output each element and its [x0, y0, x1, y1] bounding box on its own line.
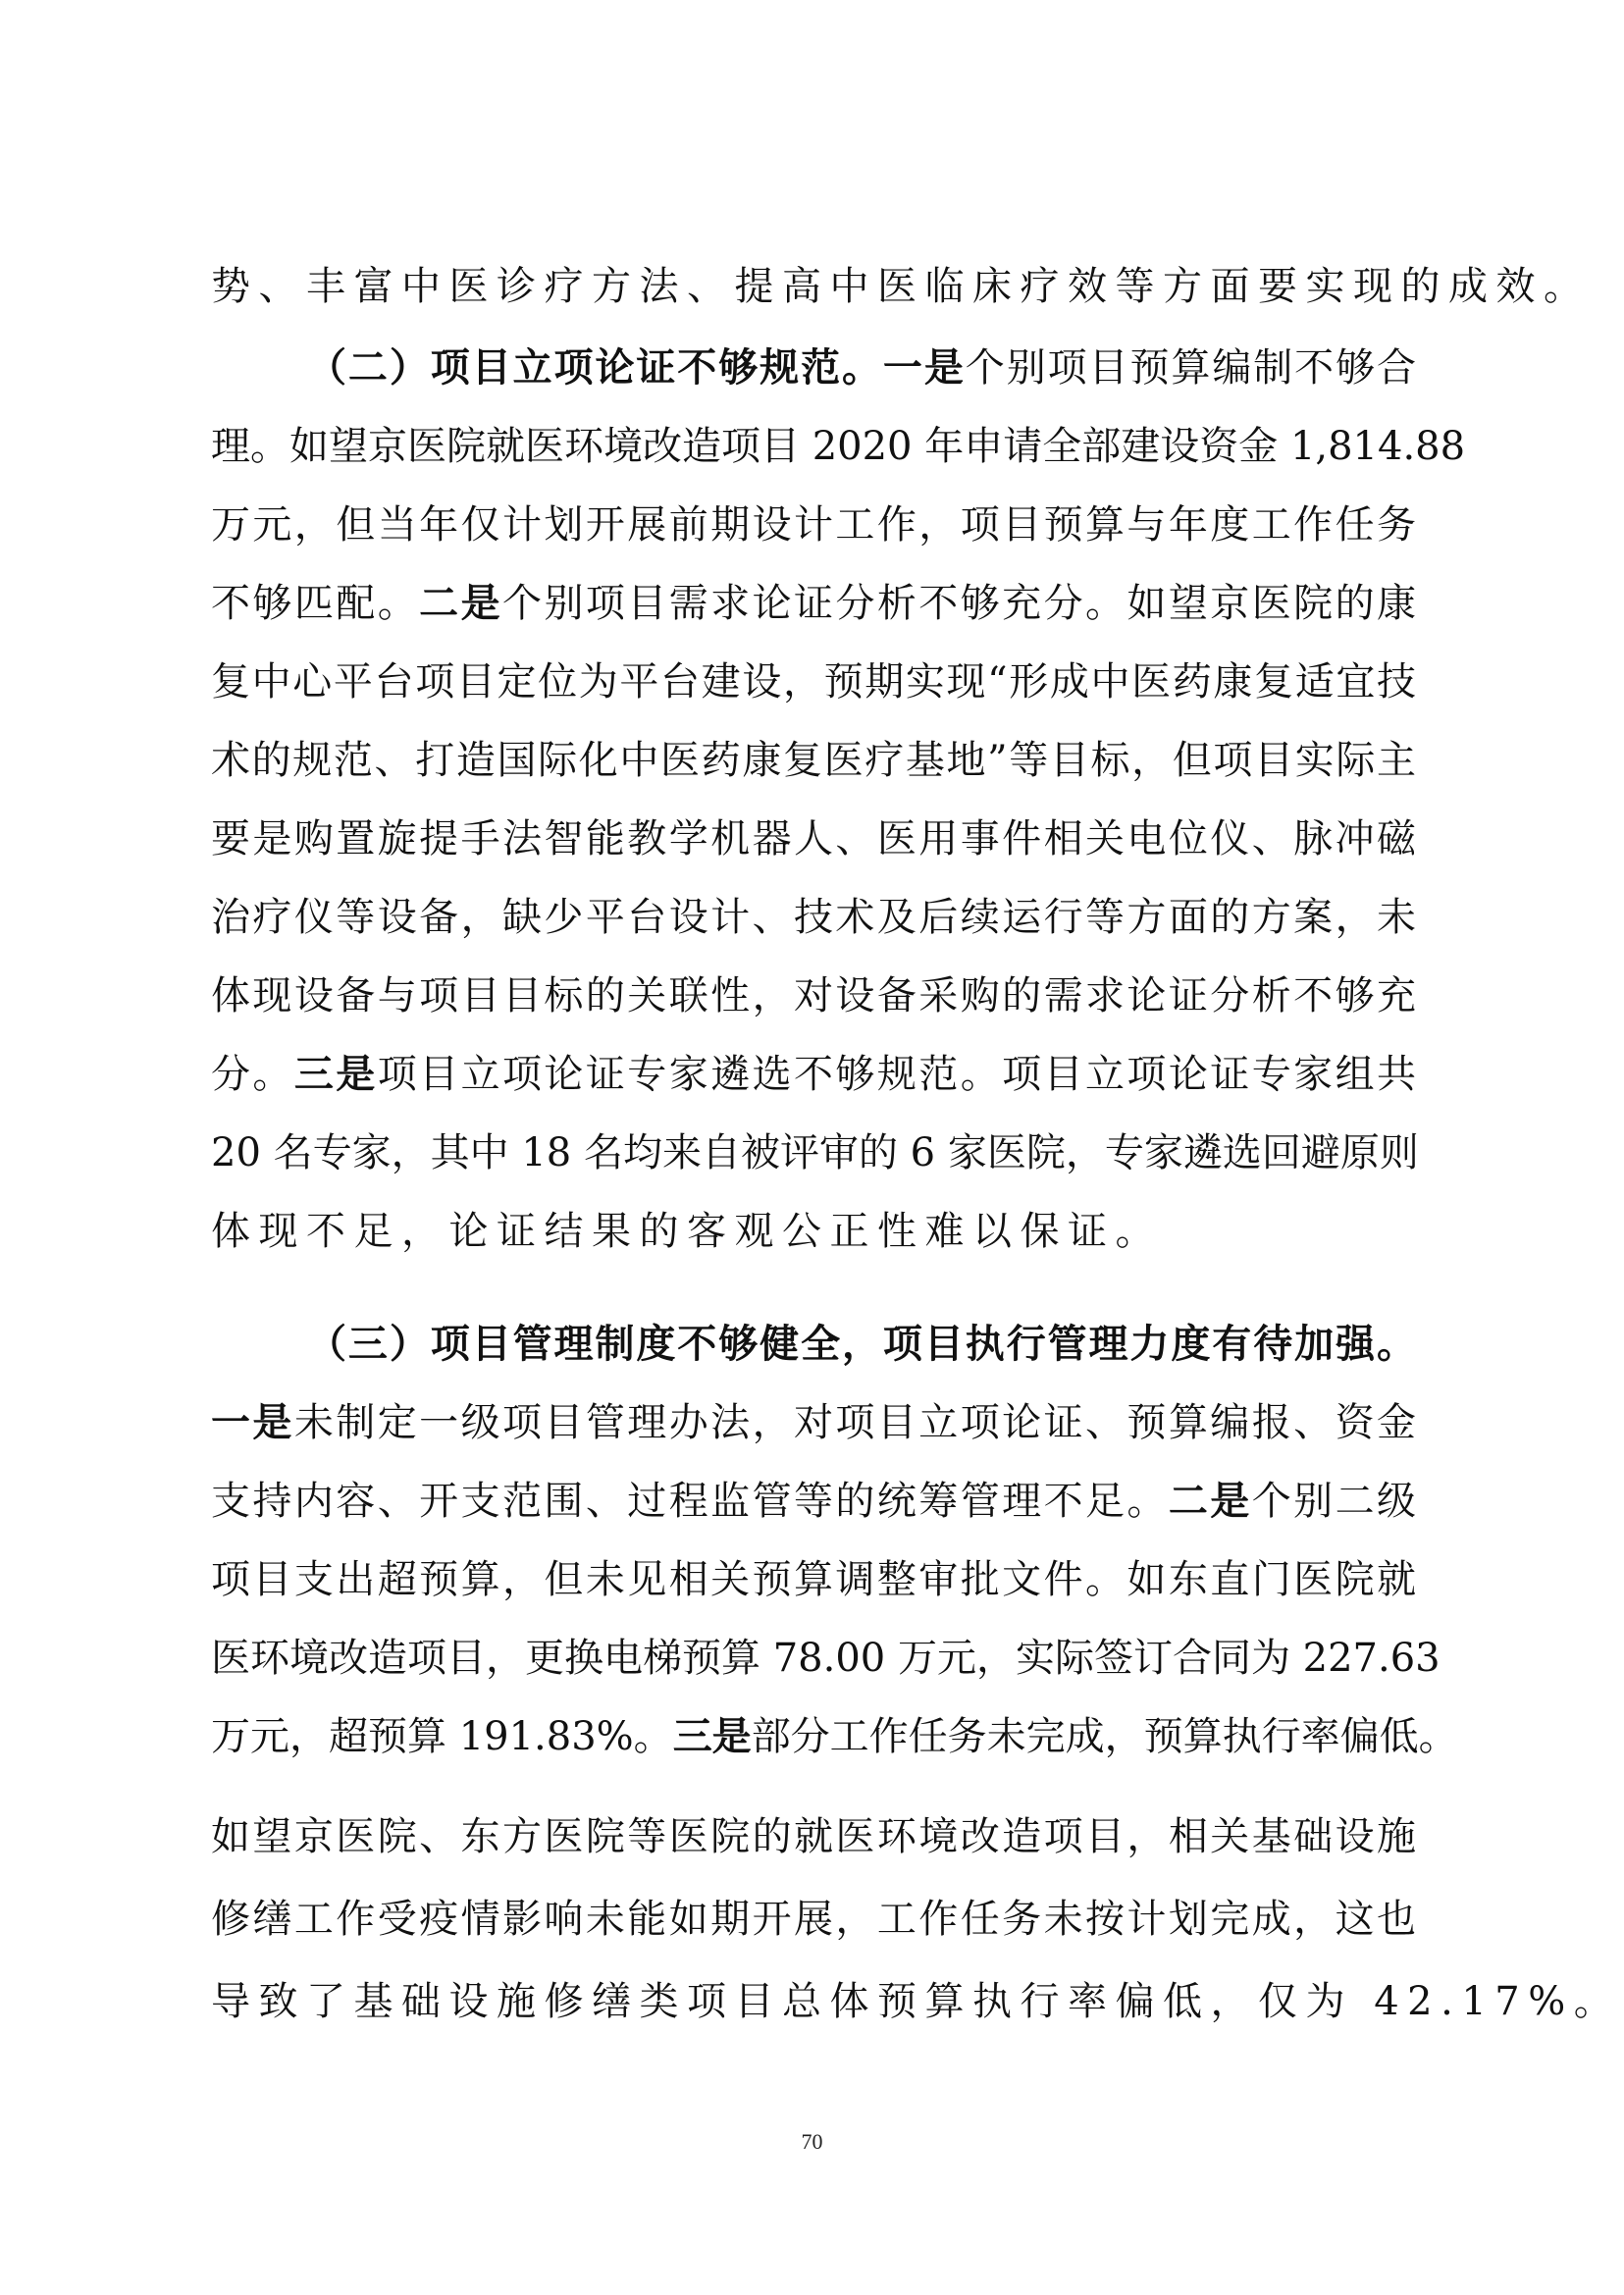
body-line-11: 分。三是项目立项论证专家遴选不够规范。项目立项论证专家组共 [211, 1045, 1416, 1104]
line-text: 医环境改造项目，更换电梯预算 78.00 万元，实际签订合同为 227.63 [211, 1636, 1441, 1681]
line-text: 个别项目需求论证分析不够充分。如望京医院的康 [502, 581, 1416, 626]
line-text: 体现设备与项目目标的关联性，对设备采购的需求论证分析不够充 [211, 973, 1416, 1018]
body-line-6: 复中心平台项目定位为平台建设，预期实现“形成中医药康复适宜技 [211, 652, 1416, 711]
section-heading-3: （三）项目管理制度不够健全，项目执行管理力度有待加强。 [307, 1315, 1416, 1374]
line-pre-text: 不够匹配。 [211, 581, 419, 626]
line-text: 复中心平台项目定位为平台建设，预期实现“形成中医药康复适宜技 [211, 659, 1416, 704]
body-line-9: 治疗仪等设备，缺少平台设计、技术及后续运行等方面的方案，未 [211, 888, 1416, 947]
line-text: 势、丰富中医诊疗方法、提高中医临床疗效等方面要实现的成效。 [211, 264, 1592, 309]
bold-marker: 三是 [294, 1052, 378, 1097]
body-line-19: 万元，超预算 191.83%。三是部分工作任务未完成，预算执行率偏低。 [211, 1707, 1416, 1766]
line-text: 20 名专家，其中 18 名均来自被评审的 6 家医院，专家遴选回避原则 [211, 1130, 1419, 1175]
line-pre-text: 支持内容、开支范围、过程监管等的统筹管理不足。 [211, 1479, 1169, 1524]
body-line-13: 体现不足，论证结果的客观公正性难以保证。 [211, 1202, 1416, 1261]
line-pre-text: 分。 [211, 1052, 294, 1097]
line-text: 部分工作任务未完成，预算执行率偏低。 [752, 1714, 1458, 1759]
line-text: 修缮工作受疫情影响未能如期开展，工作任务未按计划完成，这也 [211, 1897, 1416, 1942]
bold-marker: 二是 [1169, 1479, 1252, 1524]
body-line-16: 支持内容、开支范围、过程监管等的统筹管理不足。二是个别二级 [211, 1472, 1416, 1531]
line-text: 理。如望京医院就医环境改造项目 2020 年申请全部建设资金 1,814.88 [211, 424, 1465, 469]
body-line-1: 势、丰富中医诊疗方法、提高中医临床疗效等方面要实现的成效。 [211, 257, 1416, 316]
body-line-21: 修缮工作受疫情影响未能如期开展，工作任务未按计划完成，这也 [211, 1890, 1416, 1949]
line-text: 项目立项论证专家遴选不够规范。项目立项论证专家组共 [378, 1052, 1416, 1097]
line-text: 如望京医院、东方医院等医院的就医环境改造项目，相关基础设施 [211, 1814, 1416, 1859]
body-line-12: 20 名专家，其中 18 名均来自被评审的 6 家医院，专家遴选回避原则 [211, 1123, 1416, 1182]
body-line-8: 要是购置旋提手法智能教学机器人、医用事件相关电位仪、脉冲磁 [211, 809, 1416, 868]
body-line-20: 如望京医院、东方医院等医院的就医环境改造项目，相关基础设施 [211, 1807, 1416, 1866]
document-page: 势、丰富中医诊疗方法、提高中医临床疗效等方面要实现的成效。 （二）项目立项论证不… [0, 0, 1624, 2295]
body-line-15: 一是未制定一级项目管理办法，对项目立项论证、预算编报、资金 [211, 1393, 1416, 1452]
body-line-22: 导致了基础设施修缮类项目总体预算执行率偏低，仅为 42.17%。 [211, 1972, 1416, 2031]
line-text: 体现不足，论证结果的客观公正性难以保证。 [211, 1209, 1163, 1254]
body-line-3: 理。如望京医院就医环境改造项目 2020 年申请全部建设资金 1,814.88 [211, 417, 1416, 476]
heading-bold-text: （二）项目立项论证不够规范。一是 [307, 345, 966, 391]
body-line-7: 术的规范、打造国际化中医药康复医疗基地”等目标，但项目实际主 [211, 731, 1416, 790]
section-heading-2: （二）项目立项论证不够规范。一是个别项目预算编制不够合 [307, 339, 1416, 397]
body-line-5: 不够匹配。二是个别项目需求论证分析不够充分。如望京医院的康 [211, 574, 1416, 633]
line-text: 导致了基础设施修缮类项目总体预算执行率偏低，仅为 42.17%。 [211, 1979, 1621, 2024]
line-text: 未制定一级项目管理办法，对项目立项论证、预算编报、资金 [294, 1400, 1416, 1445]
page-number: 70 [0, 2129, 1624, 2155]
body-line-17: 项目支出超预算，但未见相关预算调整审批文件。如东直门医院就 [211, 1550, 1416, 1609]
heading-bold-text: （三）项目管理制度不够健全，项目执行管理力度有待加强。 [307, 1322, 1416, 1367]
line-text: 个别项目预算编制不够合 [966, 345, 1416, 391]
line-pre-text: 万元，超预算 191.83%。 [211, 1714, 673, 1759]
bold-marker: 一是 [211, 1400, 294, 1445]
body-line-4: 万元，但当年仅计划开展前期设计工作，项目预算与年度工作任务 [211, 496, 1416, 554]
body-line-18: 医环境改造项目，更换电梯预算 78.00 万元，实际签订合同为 227.63 [211, 1629, 1416, 1688]
body-line-10: 体现设备与项目目标的关联性，对设备采购的需求论证分析不够充 [211, 966, 1416, 1025]
line-text: 治疗仪等设备，缺少平台设计、技术及后续运行等方面的方案，未 [211, 895, 1416, 940]
line-text: 术的规范、打造国际化中医药康复医疗基地”等目标，但项目实际主 [211, 738, 1416, 783]
line-text: 个别二级 [1252, 1479, 1416, 1524]
line-text: 万元，但当年仅计划开展前期设计工作，项目预算与年度工作任务 [211, 502, 1416, 548]
line-text: 项目支出超预算，但未见相关预算调整审批文件。如东直门医院就 [211, 1557, 1416, 1602]
line-text: 要是购置旋提手法智能教学机器人、医用事件相关电位仪、脉冲磁 [211, 816, 1416, 861]
bold-marker: 三是 [673, 1714, 752, 1759]
bold-marker: 二是 [419, 581, 502, 626]
